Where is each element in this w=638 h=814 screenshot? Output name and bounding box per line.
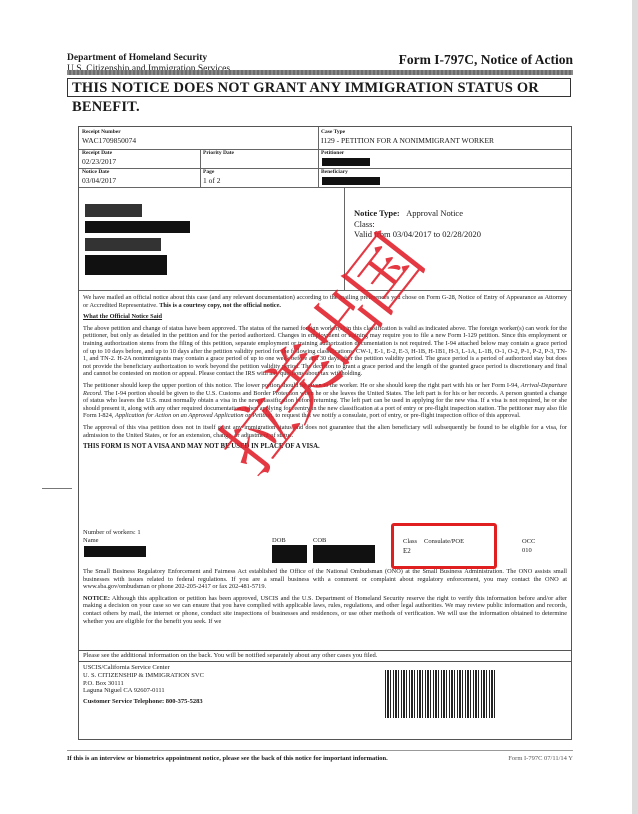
address-redacted [85,238,161,251]
grid-row-receipt: Receipt Number WAC1709850074 Case Type I… [79,127,571,150]
receipt-number-label: Receipt Number [82,129,136,136]
ombudsman-paragraph: The Small Business Regulatory Enforcemen… [83,568,567,591]
worker-count: Number of workers: 1 [83,529,141,537]
form-code: Form I-797C 07/11/14 Y [508,755,573,762]
priority-date-label: Priority Date [203,150,234,157]
address-redacted [85,255,167,275]
service-center-address: USCIS/California Service Center U. S. CI… [83,664,204,706]
petitioner-redacted [322,158,370,166]
address-redacted [85,221,190,233]
header-divider [67,70,573,75]
receipt-number: WAC1709850074 [82,136,136,145]
status-banner: THIS NOTICE DOES NOT GRANT ANY IMMIGRATI… [67,78,571,97]
courtesy-copy-note: This is a courtesy copy, not the officia… [159,302,281,309]
beneficiary-redacted [322,177,380,185]
dob-redacted [272,545,307,563]
page-label: Page [203,169,221,176]
visa-warning: THIS FORM IS NOT A VISA AND MAY NOT BE U… [83,443,567,451]
notice-form: Receipt Number WAC1709850074 Case Type I… [78,126,572,740]
notice-date-label: Notice Date [82,169,116,176]
class-highlight-box [391,523,497,569]
page-margin-mark [42,488,72,489]
case-type-label: Case Type [321,129,494,136]
appointment-note: If this is an interview or biometrics ap… [67,755,388,762]
cob-redacted [313,545,375,563]
agency-dhs: Department of Homeland Security [67,53,230,64]
cob-label: COB [313,537,326,545]
additional-info-note: Please see the additional information on… [83,652,377,660]
occ-value: 010 [522,547,532,555]
occ-label: OCC [522,538,535,546]
approval-disclaimer: The approval of this visa petition does … [83,424,567,439]
petitioner-label: Petitioner [321,150,344,157]
footer-divider [79,660,571,662]
notice-date: 03/04/2017 [82,176,116,185]
notice-type-value: Approval Notice [406,208,463,218]
dob-label: DOB [272,537,286,545]
address-redacted [85,204,142,217]
worker-name-label: Name [83,537,99,545]
barcode [385,670,495,718]
case-type: I129 - PETITION FOR A NONIMMIGRANT WORKE… [321,136,494,145]
ombudsman-section: The Small Business Regulatory Enforcemen… [83,568,567,629]
worker-name-redacted [84,546,146,557]
form-title: Form I-797C, Notice of Action [399,52,573,68]
grid-row-dates: Receipt Date 02/23/2017 Priority Date Pe… [79,149,571,169]
receipt-date-label: Receipt Date [82,150,116,157]
grid-divider [318,127,319,188]
grid-row-notice: Notice Date 03/04/2017 Page 1 of 2 Benef… [79,168,571,188]
page-number: 1 of 2 [203,176,221,185]
beneficiary-label: Beneficiary [321,169,348,176]
customer-service-phone: Customer Service Telephone: 800-375-5283 [83,698,204,706]
footer-divider [79,649,571,651]
verification-notice: NOTICE: Although this application or pet… [83,595,567,625]
receipt-date: 02/23/2017 [82,157,116,166]
grid-divider [200,149,201,188]
bottom-divider [67,750,573,751]
scrollbar[interactable] [632,0,638,814]
